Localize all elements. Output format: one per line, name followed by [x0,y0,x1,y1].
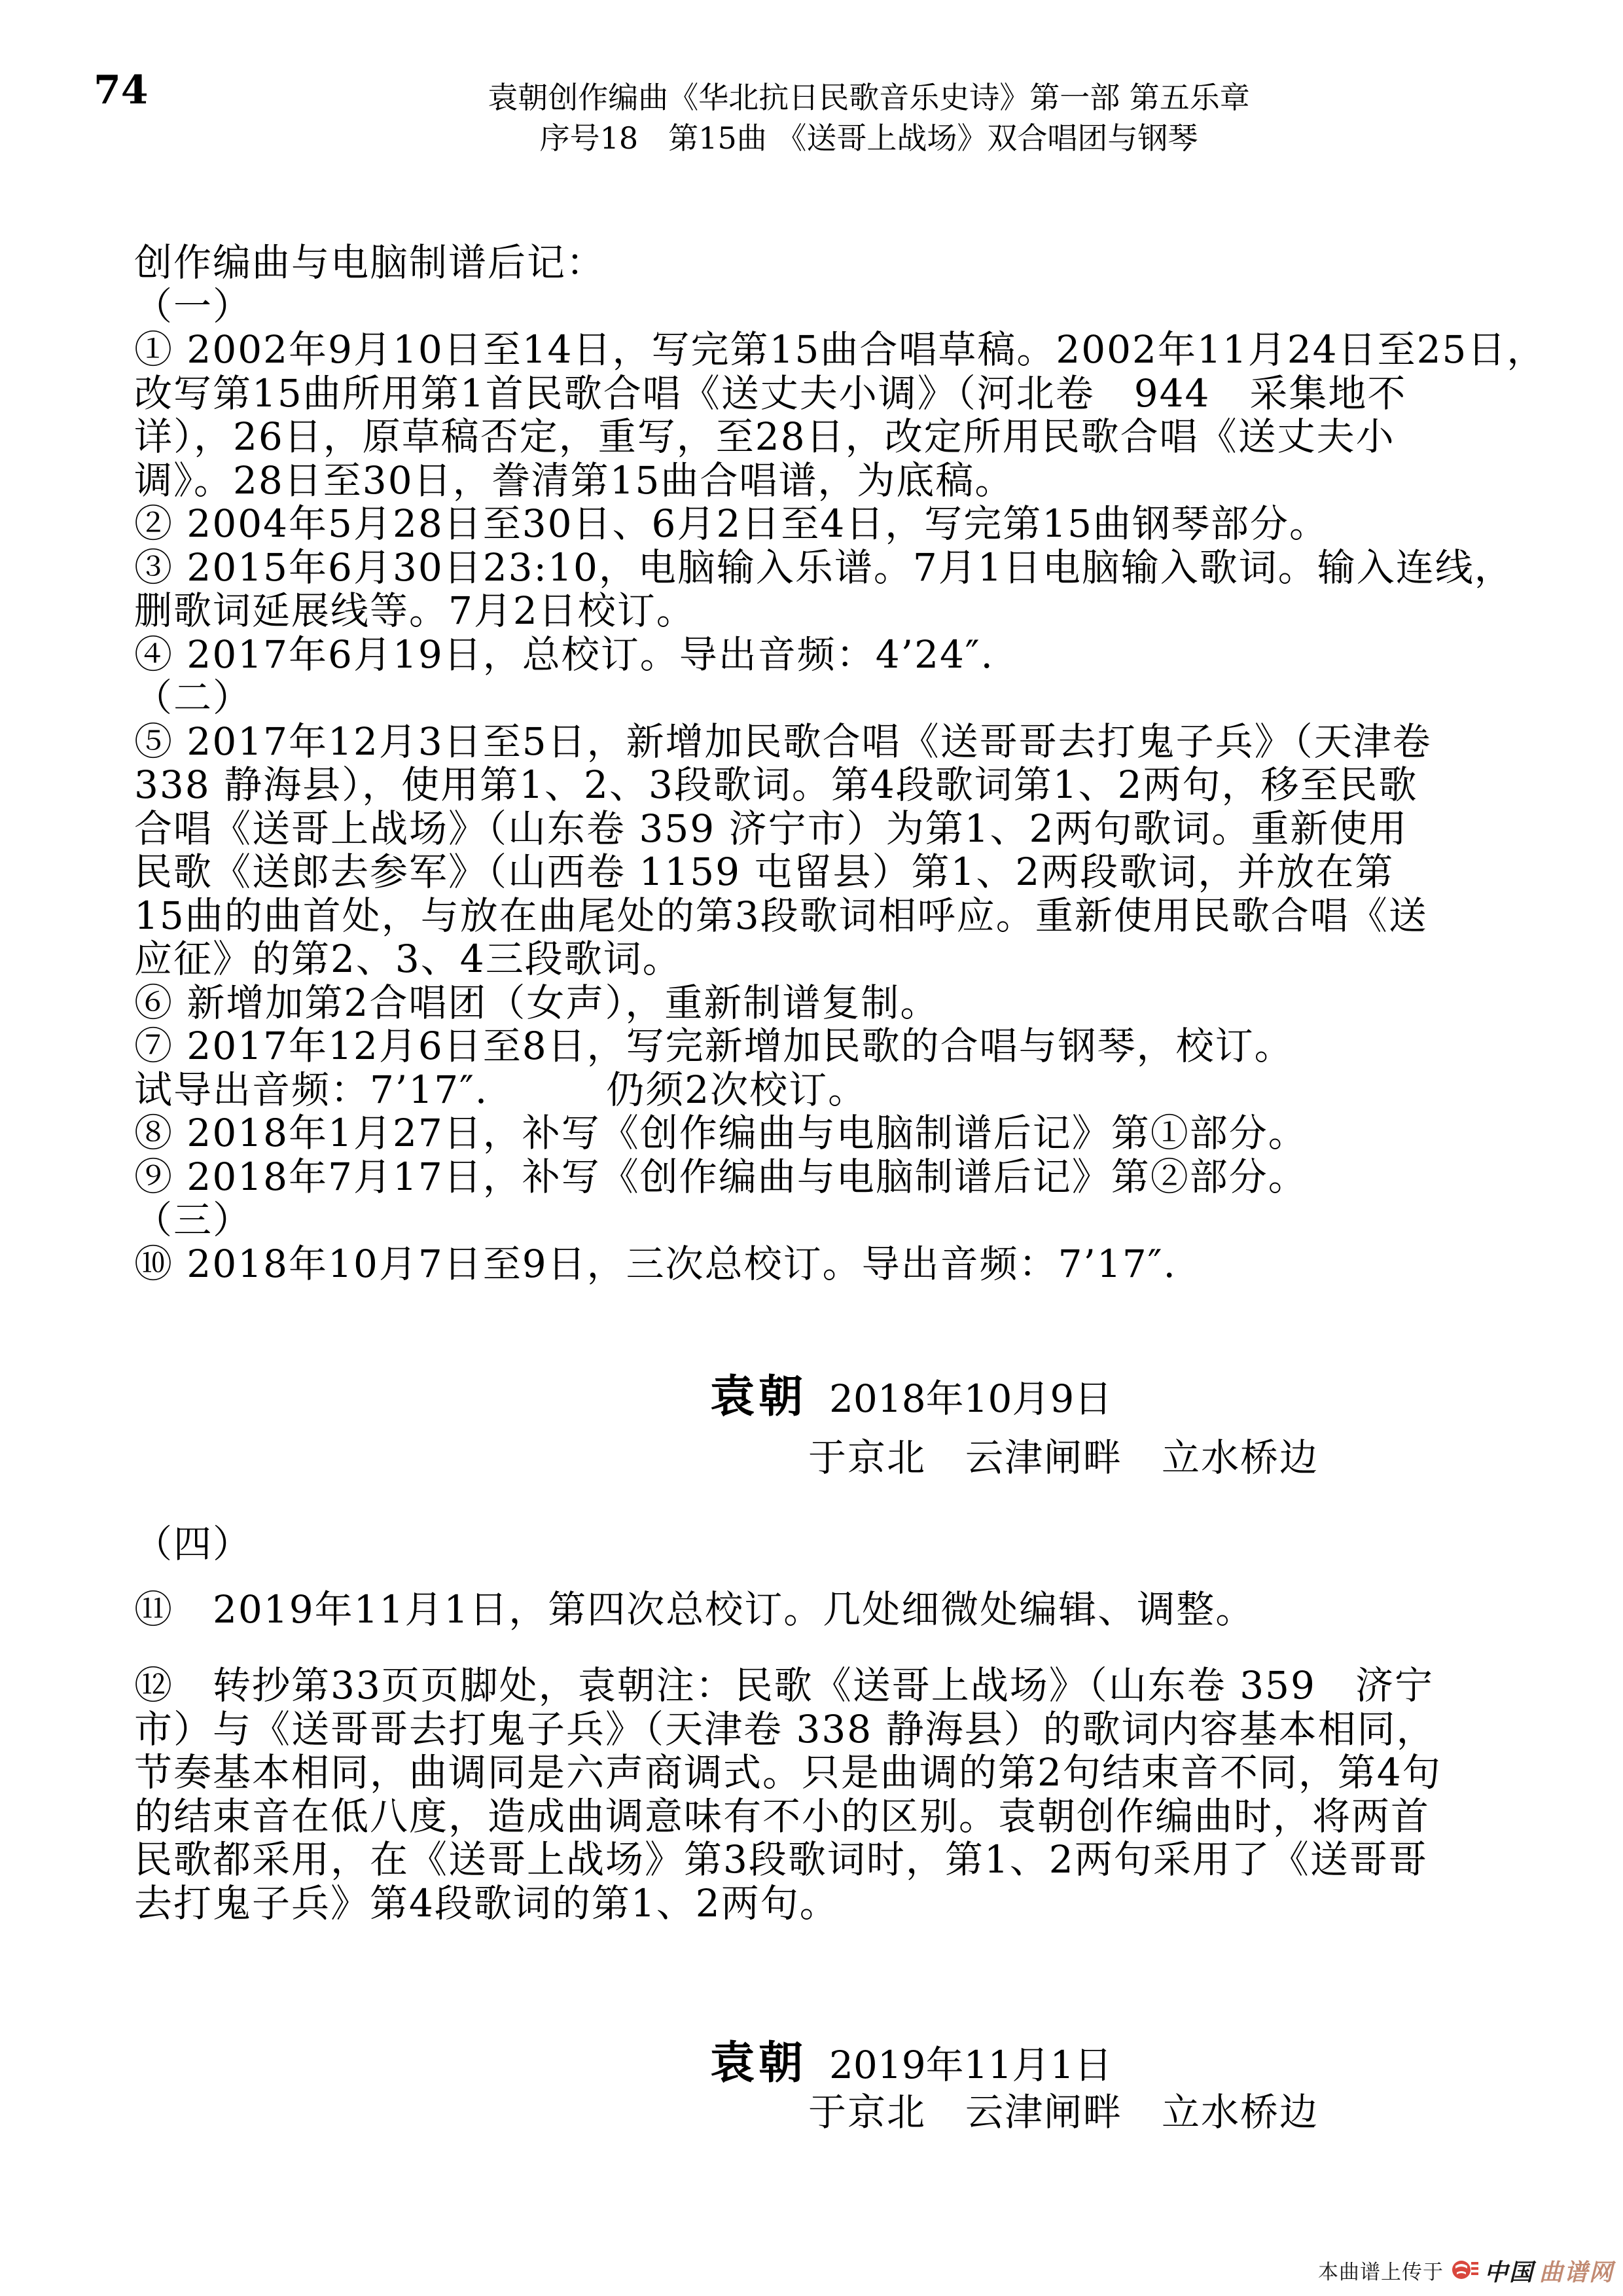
postscript-line: 的结束音在低八度，造成曲调意味有不小的区别。袁朝创作编曲时，将两首 [134,1795,1515,1839]
document-page: 74 袁朝创作编曲《华北抗日民歌音乐史诗》第一部 第五乐章 序号18 第15曲 … [0,0,1623,2296]
postscript-line: 合唱《送哥上战场》（山东卷 359 济宁市）为第1、2两句歌词。重新使用 [134,807,1515,851]
watermark-text: 本曲谱上传于 [1318,2259,1444,2286]
postscript-body: 创作编曲与电脑制谱后记： （一） ① 2002年9月10日至14日，写完第15曲… [134,241,1515,1285]
brand-name-black: 中国 [1484,2259,1534,2286]
signature-2019: 袁朝2019年11月1日 [710,2039,1112,2089]
postscript-line: 民歌都采用，在《送哥上战场》第3段歌词时，第1、2两句采用了《送哥哥 [134,1838,1515,1882]
postscript-line: ⑧ 2018年1月27日，补写《创作编曲与电脑制谱后记》第①部分。 [134,1111,1515,1155]
postscript-line: 详），26日，原草稿否定，重写，至28日，改定所用民歌合唱《送丈夫小 [134,415,1515,459]
postscript-line: 15曲的曲首处，与放在曲尾处的第3段歌词相呼应。重新使用民歌合唱《送 [134,894,1515,938]
postscript-line: 去打鬼子兵》第4段歌词的第1、2两句。 [134,1882,1515,1926]
postscript-line: ⑥ 新增加第2合唱团（女声），重新制谱复制。 [134,981,1515,1025]
postscript-line: ⑦ 2017年12月6日至8日，写完新增加民歌的合唱与钢琴，校订。 [134,1024,1515,1068]
postscript-line: ④ 2017年6月19日，总校订。导出音频：4’24″. [134,633,1515,677]
postscript-line: 改写第15曲所用第1首民歌合唱《送丈夫小调》（河北卷 944 采集地不 [134,372,1515,416]
signature-place: 于京北 云津闸畔 立水桥边 [808,1436,1319,1479]
postscript-line: ③ 2015年6月30日23:10，电脑输入乐谱。7月1日电脑输入歌词。输入连线… [134,546,1515,590]
postscript-line: 市）与《送哥哥去打鬼子兵》（天津卷 338 静海县）的歌词内容基本相同， [134,1708,1515,1751]
postscript-line: 删歌词延展线等。7月2日校订。 [134,589,1515,633]
postscript-line: 338 静海县），使用第1、2、3段歌词。第4段歌词第1、2两句，移至民歌 [134,763,1515,807]
qupu-logo-icon [1452,2257,1479,2288]
postscript-line: ⑤ 2017年12月3日至5日，新增加民歌合唱《送哥哥去打鬼子兵》（天津卷 [134,720,1515,764]
postscript-line: 民歌《送郎去参军》（山西卷 1159 屯留县）第1、2两段歌词，并放在第 [134,850,1515,894]
postscript-line: ⑫ 转抄第33页页脚处，袁朝注：民歌《送哥上战场》（山东卷 359 济宁 [134,1664,1515,1708]
postscript-line: 试导出音频：7’17″. 仍须2次校订。 [134,1068,1515,1112]
signature-author-name: 袁朝 [710,1371,807,1423]
watermark-footer: 本曲谱上传于 中国 曲谱网 [1318,2257,1614,2288]
section-one-label: （一） [134,285,1515,329]
signature-place: 于京北 云津闸畔 立水桥边 [808,2090,1319,2134]
postscript-item-12: ⑫ 转抄第33页页脚处，袁朝注：民歌《送哥上战场》（山东卷 359 济宁 市）与… [134,1664,1515,1925]
postscript-item-11: ⑪ 2019年11月1日，第四次总校订。几处细微处编辑、调整。 [134,1588,1255,1632]
postscript-line: ② 2004年5月28日至30日、6月2日至4日，写完第15曲钢琴部分。 [134,502,1515,546]
signature-date: 2018年10月9日 [829,1376,1112,1421]
postscript-line: ⑩ 2018年10月7日至9日，三次总校订。导出音频：7’17″. [134,1242,1515,1286]
signature-2018: 袁朝2018年10月9日 [710,1373,1112,1422]
signature-author-name: 袁朝 [710,2037,807,2089]
postscript-line: 调》。28日至30日，誊清第15曲合唱谱，为底稿。 [134,459,1515,503]
header-title-line1: 袁朝创作编曲《华北抗日民歌音乐史诗》第一部 第五乐章 [134,77,1603,118]
section-three-label: （三） [134,1198,1515,1242]
header-title-line2: 序号18 第15曲 《送哥上战场》双合唱团与钢琴 [134,118,1603,158]
section-two-label: （二） [134,676,1515,720]
section-four-label: （四） [134,1522,252,1566]
postscript-line: 应征》的第2、3、4三段歌词。 [134,937,1515,981]
signature-date: 2019年11月1日 [829,2043,1112,2087]
header: 袁朝创作编曲《华北抗日民歌音乐史诗》第一部 第五乐章 序号18 第15曲 《送哥… [134,77,1603,158]
postscript-title-line: 创作编曲与电脑制谱后记： [134,241,1515,285]
postscript-line: ① 2002年9月10日至14日，写完第15曲合唱草稿。2002年11月24日至… [134,328,1515,372]
postscript-line: 节奏基本相同，曲调同是六声商调式。只是曲调的第2句结束音不同，第4句 [134,1751,1515,1795]
postscript-line: ⑨ 2018年7月17日，补写《创作编曲与电脑制谱后记》第②部分。 [134,1155,1515,1199]
brand-name-colored: 曲谱网 [1539,2259,1614,2286]
